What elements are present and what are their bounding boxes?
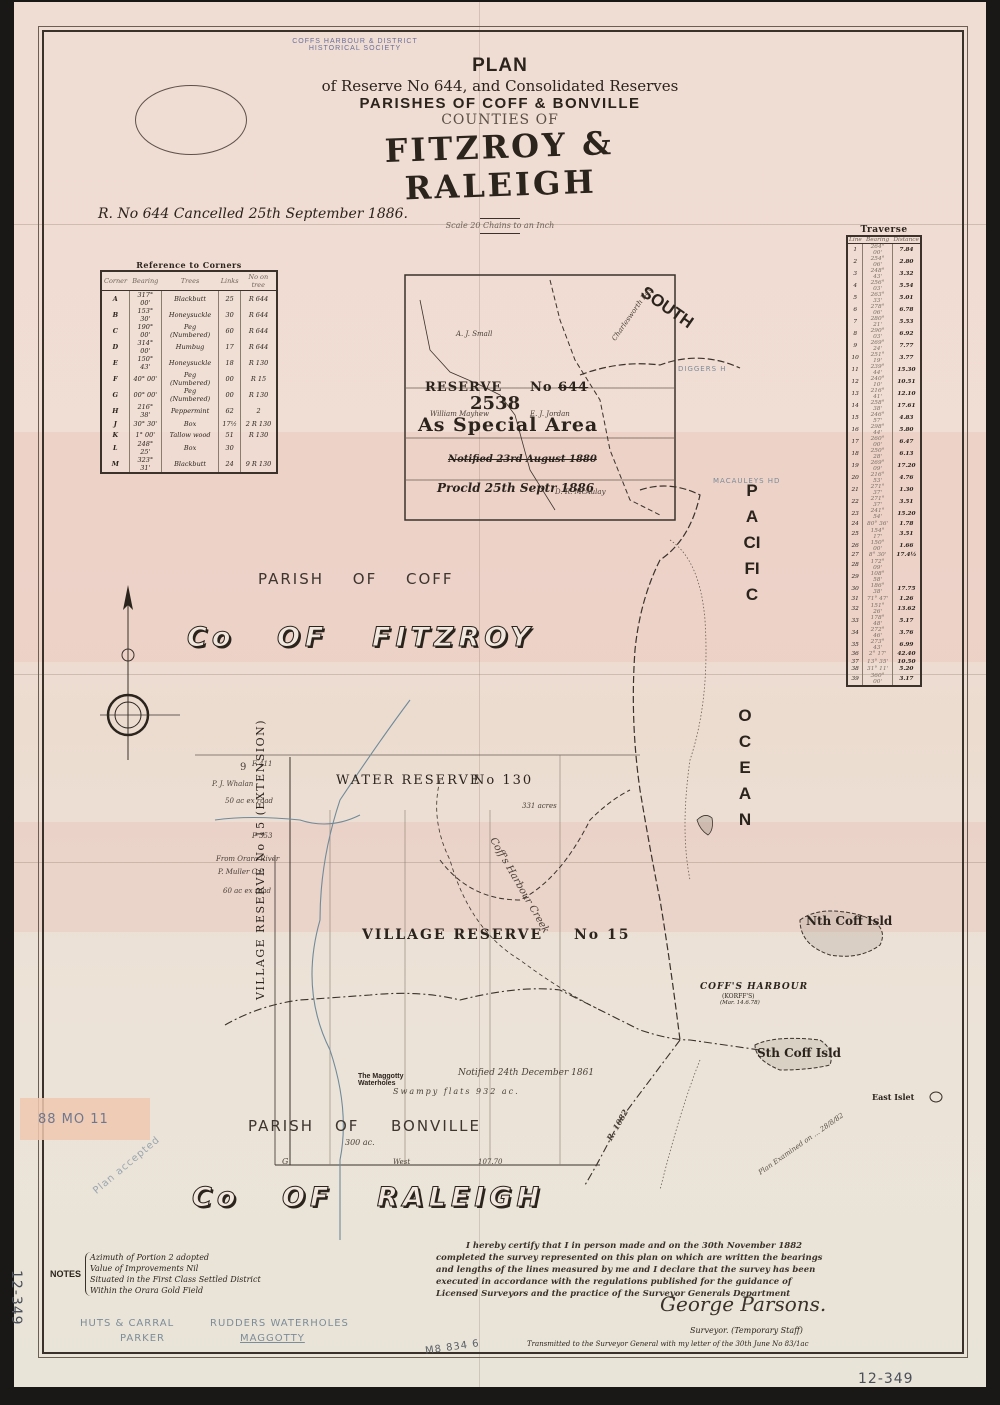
traverse-cell: 1.66 xyxy=(892,540,921,552)
reference-cell: 9 R 130 xyxy=(241,456,277,473)
orara-river: From Orara River xyxy=(216,855,279,863)
traverse-row: 10251° 19'3.77 xyxy=(847,352,921,364)
traverse-cell: 272° 46' xyxy=(863,627,892,639)
parish-bonville-word1: PARISH xyxy=(248,1117,314,1135)
traverse-cell: 14 xyxy=(847,400,863,412)
traverse-cell: 7 xyxy=(847,316,863,328)
traverse-row: 2254° 06'2.80 xyxy=(847,256,921,268)
reference-cell xyxy=(241,440,277,456)
transmitted-note: Transmitted to the Surveyor General with… xyxy=(527,1340,809,1348)
west-length: 107.70 xyxy=(478,1158,503,1166)
reference-cell: Honeysuckle xyxy=(161,355,218,371)
reference-cell: G xyxy=(101,387,129,403)
reference-column-header: Corner xyxy=(101,271,129,291)
reference-cell: 00 xyxy=(219,371,241,387)
traverse-row: 17260° 00'6.47 xyxy=(847,436,921,448)
traverse-cell: 172° 09' xyxy=(863,559,892,571)
traverse-cell: 254° 06' xyxy=(863,256,892,268)
traverse-cell: 13.62 xyxy=(892,603,921,615)
note-item: Value of Improvements Nil xyxy=(90,1263,261,1274)
traverse-row: 3248° 43'3.32 xyxy=(847,268,921,280)
traverse-cell: 1.26 xyxy=(892,595,921,603)
traverse-cell: 15.30 xyxy=(892,364,921,376)
traverse-cell: 7.84 xyxy=(892,244,921,257)
reference-column-header: Bearing xyxy=(129,271,161,291)
traverse-cell: 3.77 xyxy=(892,352,921,364)
reference-cell: 18 xyxy=(219,355,241,371)
traverse-row: 2480° 36'1.78 xyxy=(847,520,921,528)
traverse-row: 4256° 03'5.54 xyxy=(847,280,921,292)
reference-cell: 216° 38' xyxy=(129,403,161,419)
reference-cell: 190° 00' xyxy=(129,323,161,339)
pencil-parker: PARKER xyxy=(120,1333,165,1344)
traverse-cell: 7.77 xyxy=(892,340,921,352)
notes-list: Azimuth of Portion 2 adopted Value of Im… xyxy=(85,1252,261,1296)
traverse: Traverse LineBearingDistance1264° 00'7.8… xyxy=(846,225,922,687)
owner-mcaulay: D. R. McAulay xyxy=(555,488,606,496)
traverse-cell: 18 xyxy=(847,448,863,460)
reference-cell: Box xyxy=(161,440,218,456)
reserve-number-struck: 644 xyxy=(558,380,588,395)
title-reserve-line: of Reserve No 644, and Consolidated Rese… xyxy=(290,77,710,95)
traverse-cell: 108° 58' xyxy=(863,571,892,583)
traverse-cell: 6.78 xyxy=(892,304,921,316)
divider xyxy=(480,218,520,219)
society-stamp-line2: HISTORICAL SOCIETY xyxy=(290,45,420,52)
reference-row: M323° 31'Blackbutt249 R 130 xyxy=(101,456,277,473)
surveyor-certificate: I hereby certify that I in person made a… xyxy=(436,1240,836,1300)
traverse-cell: 1.78 xyxy=(892,520,921,528)
reference-cell: R 130 xyxy=(241,387,277,403)
traverse-cell: 4.76 xyxy=(892,472,921,484)
traverse-row: 32151° 26'13.62 xyxy=(847,603,921,615)
reference-cell: Peg (Numbered) xyxy=(161,371,218,387)
traverse-row: 20216° 53'4.76 xyxy=(847,472,921,484)
reference-cell: 2 xyxy=(241,403,277,419)
traverse-row: 25154° 17'3.51 xyxy=(847,528,921,540)
reference-cell: 51 xyxy=(219,430,241,441)
village-reserve-extension: VILLAGE RESERVE No 15 (EXTENSION) xyxy=(254,719,267,1000)
reference-cell: D xyxy=(101,339,129,355)
pencil-huts: HUTS & CARRAL xyxy=(80,1318,174,1329)
notified-struck: Notified 23rd August 1880 xyxy=(448,454,597,465)
reference-row: H216° 38'Peppermint622 xyxy=(101,403,277,419)
traverse-title: Traverse xyxy=(846,225,922,235)
ocean-label-pacific: PACIFIC xyxy=(742,478,762,608)
traverse-row: 28172° 09' xyxy=(847,559,921,571)
water-reserve-no: No 130 xyxy=(473,773,533,788)
title-plan: PLAN xyxy=(290,55,710,77)
traverse-row: 23241° 54'15.20 xyxy=(847,508,921,520)
reference-cell: Blackbutt xyxy=(161,291,218,308)
traverse-row: 362° 17'42.40 xyxy=(847,651,921,659)
traverse-cell: 2 xyxy=(847,256,863,268)
reference-cell: B xyxy=(101,307,129,323)
traverse-row: 21271° 37'1.30 xyxy=(847,484,921,496)
traverse-cell: 5.54 xyxy=(892,280,921,292)
bottom-catalogue-number: 12-349 xyxy=(858,1371,914,1387)
traverse-cell: 3.51 xyxy=(892,496,921,508)
reference-cell: R 130 xyxy=(241,355,277,371)
korffs-label: (KORFF'S) xyxy=(722,993,755,1000)
traverse-cell: 3.76 xyxy=(892,627,921,639)
traverse-row: 278° 30'17.4½ xyxy=(847,552,921,560)
traverse-cell: 216° 53' xyxy=(863,472,892,484)
traverse-cell: 31° 11' xyxy=(863,666,892,674)
divider xyxy=(480,233,520,234)
pencil-diggers: DIGGERS H xyxy=(678,365,727,373)
traverse-cell: 150° 00' xyxy=(863,540,892,552)
reference-table-title: Reference to Corners xyxy=(100,260,278,270)
reference-cell: C xyxy=(101,323,129,339)
traverse-cell: 26 xyxy=(847,540,863,552)
traverse-cell: 29 xyxy=(847,571,863,583)
archive-tape: 88 MO 11 xyxy=(20,1098,150,1140)
society-stamp: COFFS HARBOUR & DISTRICT HISTORICAL SOCI… xyxy=(290,38,420,52)
reference-cell: Peg (Numbered) xyxy=(161,387,218,403)
traverse-table: LineBearingDistance1264° 00'7.842254° 06… xyxy=(846,235,922,687)
traverse-cell: 5.01 xyxy=(892,292,921,304)
reference-cell: Tallow wood xyxy=(161,430,218,441)
traverse-cell: 2.80 xyxy=(892,256,921,268)
traverse-cell: 15.20 xyxy=(892,508,921,520)
traverse-cell: 3 xyxy=(847,268,863,280)
traverse-cell: 154° 17' xyxy=(863,528,892,540)
traverse-cell: 25 xyxy=(847,528,863,540)
traverse-cell: 280° 21' xyxy=(863,316,892,328)
traverse-row: 3171° 47'1.26 xyxy=(847,595,921,603)
county-raleigh-of: OF xyxy=(282,1182,333,1213)
note-item: Azimuth of Portion 2 adopted xyxy=(90,1252,261,1263)
notified-1861: Notified 24th December 1861 xyxy=(458,1068,594,1078)
reference-row: C190° 00'Peg (Numbered)60R 644 xyxy=(101,323,277,339)
reference-cell: 150° 43' xyxy=(129,355,161,371)
corner-g: G xyxy=(282,1157,288,1166)
traverse-cell: 11 xyxy=(847,364,863,376)
surveyor-signature: George Parsons. xyxy=(660,1292,826,1316)
reference-cell: 1° 00' xyxy=(129,430,161,441)
reference-row: E150° 43'Honeysuckle18R 130 xyxy=(101,355,277,371)
west-label: West xyxy=(393,1158,410,1166)
traverse-cell: 30 xyxy=(847,583,863,595)
pencil-maggotty: MAGGOTTY xyxy=(240,1333,305,1344)
village-reserve-label: VILLAGE RESERVE xyxy=(362,927,543,943)
portion-9: 9 xyxy=(240,762,246,773)
traverse-cell: 258° 38' xyxy=(863,400,892,412)
reference-row: G00° 00'Peg (Numbered)00R 130 xyxy=(101,387,277,403)
reference-cell: 317° 00' xyxy=(129,291,161,308)
traverse-cell xyxy=(892,571,921,583)
traverse-cell: 6.13 xyxy=(892,448,921,460)
traverse-cell: 6.99 xyxy=(892,639,921,651)
traverse-cell: 21 xyxy=(847,484,863,496)
traverse-cell: 10.50 xyxy=(892,658,921,666)
library-stamp xyxy=(135,85,247,155)
traverse-cell: 239° 44' xyxy=(863,364,892,376)
reference-column-header: No on tree xyxy=(241,271,277,291)
traverse-cell: 27 xyxy=(847,552,863,560)
traverse-cell: 80° 36' xyxy=(863,520,892,528)
traverse-cell: 278° 06' xyxy=(863,304,892,316)
pencil-macauleys: MACAULEYS HD xyxy=(713,477,780,485)
title-counties: FITZROY & RALEIGH xyxy=(289,121,711,212)
reference-cell: E xyxy=(101,355,129,371)
traverse-row: 8290° 03'6.92 xyxy=(847,328,921,340)
traverse-cell: 250° 28' xyxy=(863,448,892,460)
traverse-cell: 31 xyxy=(847,595,863,603)
reference-cell: M xyxy=(101,456,129,473)
traverse-cell: 269° 09' xyxy=(863,460,892,472)
traverse-cell: 6 xyxy=(847,304,863,316)
north-coff-island: Nth Coff Isld xyxy=(806,914,892,928)
traverse-row: 9269° 24'7.77 xyxy=(847,340,921,352)
reference-cell: 60 xyxy=(219,323,241,339)
parish-bonville-word2: OF xyxy=(335,1117,359,1135)
society-stamp-line1: COFFS HARBOUR & DISTRICT xyxy=(290,38,420,45)
traverse-row: 12240° 10'10.51 xyxy=(847,376,921,388)
reference-cell: 2 R 130 xyxy=(241,419,277,430)
traverse-cell: 13° 35' xyxy=(863,658,892,666)
notes-block: NOTES Azimuth of Portion 2 adopted Value… xyxy=(50,1252,261,1296)
traverse-cell: 20 xyxy=(847,472,863,484)
traverse-cell: 10 xyxy=(847,352,863,364)
whalan-label: P. J. Whalan xyxy=(212,780,253,788)
traverse-cell: 38 xyxy=(847,666,863,674)
reference-row: D314° 00'Humbug17R 644 xyxy=(101,339,277,355)
area-300: 300 ac. xyxy=(345,1138,375,1147)
traverse-cell: 16 xyxy=(847,424,863,436)
reference-cell: 00 xyxy=(219,387,241,403)
reference-column-header: Links xyxy=(219,271,241,291)
traverse-row: 3713° 35'10.50 xyxy=(847,658,921,666)
traverse-cell: 33 xyxy=(847,615,863,627)
traverse-cell: 1.30 xyxy=(892,484,921,496)
traverse-cell: 273° 43' xyxy=(863,639,892,651)
traverse-column-header: Distance xyxy=(892,236,921,244)
reference-cell: R 644 xyxy=(241,339,277,355)
county-fitzroy-name: FITZROY xyxy=(372,622,535,653)
traverse-cell: 36 xyxy=(847,651,863,659)
traverse-cell: 360° 00' xyxy=(863,673,892,686)
reference-cell: 30° 30' xyxy=(129,419,161,430)
traverse-row: 16298° 44'5.80 xyxy=(847,424,921,436)
note-item: Situated in the First Class Settled Dist… xyxy=(90,1274,261,1285)
traverse-cell: 246° 57' xyxy=(863,412,892,424)
traverse-cell: 34 xyxy=(847,627,863,639)
traverse-cell: 17.20 xyxy=(892,460,921,472)
reference-row: J30° 30'Box17½2 R 130 xyxy=(101,419,277,430)
reference-cell: Peppermint xyxy=(161,403,218,419)
reference-cell: 17½ xyxy=(219,419,241,430)
county-fitzroy-of: OF xyxy=(277,622,328,653)
traverse-cell: 256° 03' xyxy=(863,280,892,292)
traverse-row: 35273° 43'6.99 xyxy=(847,639,921,651)
traverse-cell: 263° 33' xyxy=(863,292,892,304)
ocean-label-ocean: OCEAN xyxy=(735,703,755,833)
reference-cell: Humbug xyxy=(161,339,218,355)
traverse-cell: 22 xyxy=(847,496,863,508)
traverse-cell: 216° 41' xyxy=(863,388,892,400)
traverse-row: 29108° 58' xyxy=(847,571,921,583)
maggotty-waterholes: The Maggotty Waterholes xyxy=(358,1073,418,1087)
reference-cell: 30 xyxy=(219,440,241,456)
traverse-cell: 10.51 xyxy=(892,376,921,388)
traverse-row: 3831° 11'5.20 xyxy=(847,666,921,674)
reference-cell: 248° 25' xyxy=(129,440,161,456)
traverse-cell: 35 xyxy=(847,639,863,651)
reference-cell: H xyxy=(101,403,129,419)
traverse-cell: 37 xyxy=(847,658,863,666)
east-islet: East Islet xyxy=(872,1092,914,1102)
reserve-no: No xyxy=(530,380,553,395)
traverse-row: 1264° 00'7.84 xyxy=(847,244,921,257)
traverse-cell: 290° 03' xyxy=(863,328,892,340)
traverse-cell: 12 xyxy=(847,376,863,388)
traverse-cell: 17.75 xyxy=(892,583,921,595)
traverse-cell: 186° 38' xyxy=(863,583,892,595)
reference-row: K1° 00'Tallow wood51R 130 xyxy=(101,430,277,441)
traverse-cell: 23 xyxy=(847,508,863,520)
traverse-cell: 5.80 xyxy=(892,424,921,436)
traverse-cell: 32 xyxy=(847,603,863,615)
reference-row: B153° 30'Honeysuckle30R 644 xyxy=(101,307,277,323)
traverse-row: 5263° 33'5.01 xyxy=(847,292,921,304)
reference-cell: A xyxy=(101,291,129,308)
traverse-cell: 269° 24' xyxy=(863,340,892,352)
traverse-row: 15246° 57'4.83 xyxy=(847,412,921,424)
coffs-harbour-label: COFF'S HARBOUR xyxy=(700,982,808,992)
traverse-cell: 4 xyxy=(847,280,863,292)
traverse-cell: 241° 54' xyxy=(863,508,892,520)
village-reserve-no: No 15 xyxy=(574,927,631,943)
traverse-cell: 3.51 xyxy=(892,528,921,540)
traverse-row: 7280° 21'5.53 xyxy=(847,316,921,328)
harbour-note: (Mar. 14.6.78) xyxy=(720,1000,760,1006)
reference-cell: Peg (Numbered) xyxy=(161,323,218,339)
reference-cell: F xyxy=(101,371,129,387)
traverse-row: 11239° 44'15.30 xyxy=(847,364,921,376)
traverse-row: 6278° 06'6.78 xyxy=(847,304,921,316)
traverse-cell: 28 xyxy=(847,559,863,571)
traverse-cell: 8° 30' xyxy=(863,552,892,560)
swampy-flats: Swampy flats 932 ac. xyxy=(393,1087,520,1096)
owner-jordan: E. J. Jordan xyxy=(530,410,570,418)
map-scale: Scale 20 Chains to an Inch xyxy=(290,221,710,230)
reference-to-corners: Reference to Corners CornerBearingTreesL… xyxy=(100,260,278,474)
traverse-row: 19269° 09'17.20 xyxy=(847,460,921,472)
reference-cell: Honeysuckle xyxy=(161,307,218,323)
traverse-row: 34272° 46'3.76 xyxy=(847,627,921,639)
surveyor-role: Surveyor. (Temporary Staff) xyxy=(690,1326,803,1335)
traverse-cell: 3.32 xyxy=(892,268,921,280)
reference-cell: J xyxy=(101,419,129,430)
traverse-row: 33178° 48'5.17 xyxy=(847,615,921,627)
traverse-column-header: Line xyxy=(847,236,863,244)
traverse-cell xyxy=(892,559,921,571)
traverse-cell: 240° 10' xyxy=(863,376,892,388)
reference-cell: Box xyxy=(161,419,218,430)
reference-cell: R 15 xyxy=(241,371,277,387)
traverse-cell: 6.92 xyxy=(892,328,921,340)
reference-cell: Blackbutt xyxy=(161,456,218,473)
tape-label: 88 MO 11 xyxy=(38,1112,109,1127)
reference-cell: L xyxy=(101,440,129,456)
traverse-cell: 271° 37' xyxy=(863,496,892,508)
reference-row: F40° 00'Peg (Numbered)00R 15 xyxy=(101,371,277,387)
traverse-cell: 6.47 xyxy=(892,436,921,448)
traverse-cell: 71° 47' xyxy=(863,595,892,603)
traverse-cell: 298° 44' xyxy=(863,424,892,436)
county-raleigh-name: RALEIGH xyxy=(377,1182,544,1213)
reference-cell: 62 xyxy=(219,403,241,419)
traverse-cell: 39 xyxy=(847,673,863,686)
traverse-row: 39360° 00'3.17 xyxy=(847,673,921,686)
parish-coff-label: PARISH OF COFF xyxy=(258,570,454,588)
reference-cell: 314° 00' xyxy=(129,339,161,355)
traverse-cell: 5.20 xyxy=(892,666,921,674)
owner-small: A. J. Small xyxy=(456,330,492,338)
reference-cell: 00° 00' xyxy=(129,387,161,403)
reference-cell: R 644 xyxy=(241,307,277,323)
traverse-cell: 151° 26' xyxy=(863,603,892,615)
traverse-row: 26150° 00'1.66 xyxy=(847,540,921,552)
county-fitzroy-co: Co xyxy=(187,622,235,653)
reference-cell: 24 xyxy=(219,456,241,473)
traverse-cell: 13 xyxy=(847,388,863,400)
traverse-cell: 12.10 xyxy=(892,388,921,400)
traverse-row: 14258° 38'17.61 xyxy=(847,400,921,412)
traverse-cell: 17.61 xyxy=(892,400,921,412)
traverse-cell: 17.4½ xyxy=(892,552,921,560)
reference-cell: K xyxy=(101,430,129,441)
traverse-cell: 3.17 xyxy=(892,673,921,686)
traverse-cell: 251° 19' xyxy=(863,352,892,364)
reference-row: L248° 25'Box30 xyxy=(101,440,277,456)
reference-cell: R 644 xyxy=(241,291,277,308)
county-raleigh-co: Co xyxy=(192,1182,240,1213)
water-reserve-label: WATER RESERVE xyxy=(336,773,481,788)
owner-mayhew: William Mayhew xyxy=(430,410,489,418)
traverse-cell: 24 xyxy=(847,520,863,528)
traverse-cell: 8 xyxy=(847,328,863,340)
traverse-row: 18250° 28'6.13 xyxy=(847,448,921,460)
reference-cell: 17 xyxy=(219,339,241,355)
traverse-cell: 5.53 xyxy=(892,316,921,328)
traverse-cell: 5.17 xyxy=(892,615,921,627)
side-catalogue-number: 12-349 xyxy=(8,1270,24,1326)
title-parishes: PARISHES OF COFF & BONVILLE xyxy=(290,95,710,112)
reference-cell: 40° 00' xyxy=(129,371,161,387)
traverse-cell: 178° 48' xyxy=(863,615,892,627)
traverse-column-header: Bearing xyxy=(863,236,892,244)
south-coff-island: Sth Coff Isld xyxy=(757,1046,841,1060)
traverse-cell: 9 xyxy=(847,340,863,352)
reference-column-header: Trees xyxy=(161,271,218,291)
traverse-row: 22271° 37'3.51 xyxy=(847,496,921,508)
traverse-cell: 264° 00' xyxy=(863,244,892,257)
pencil-rudders: RUDDERS WATERHOLES xyxy=(210,1318,349,1329)
traverse-cell: 260° 00' xyxy=(863,436,892,448)
cancelled-note: R. No 644 Cancelled 25th September 1886. xyxy=(98,206,408,222)
traverse-cell: 271° 37' xyxy=(863,484,892,496)
traverse-cell: 5 xyxy=(847,292,863,304)
reference-cell: 30 xyxy=(219,307,241,323)
traverse-cell: 2° 17' xyxy=(863,651,892,659)
traverse-cell: 1 xyxy=(847,244,863,257)
reference-cell: R 644 xyxy=(241,323,277,339)
reference-table: CornerBearingTreesLinksNo on treeA317° 0… xyxy=(100,270,278,474)
reference-cell: 25 xyxy=(219,291,241,308)
